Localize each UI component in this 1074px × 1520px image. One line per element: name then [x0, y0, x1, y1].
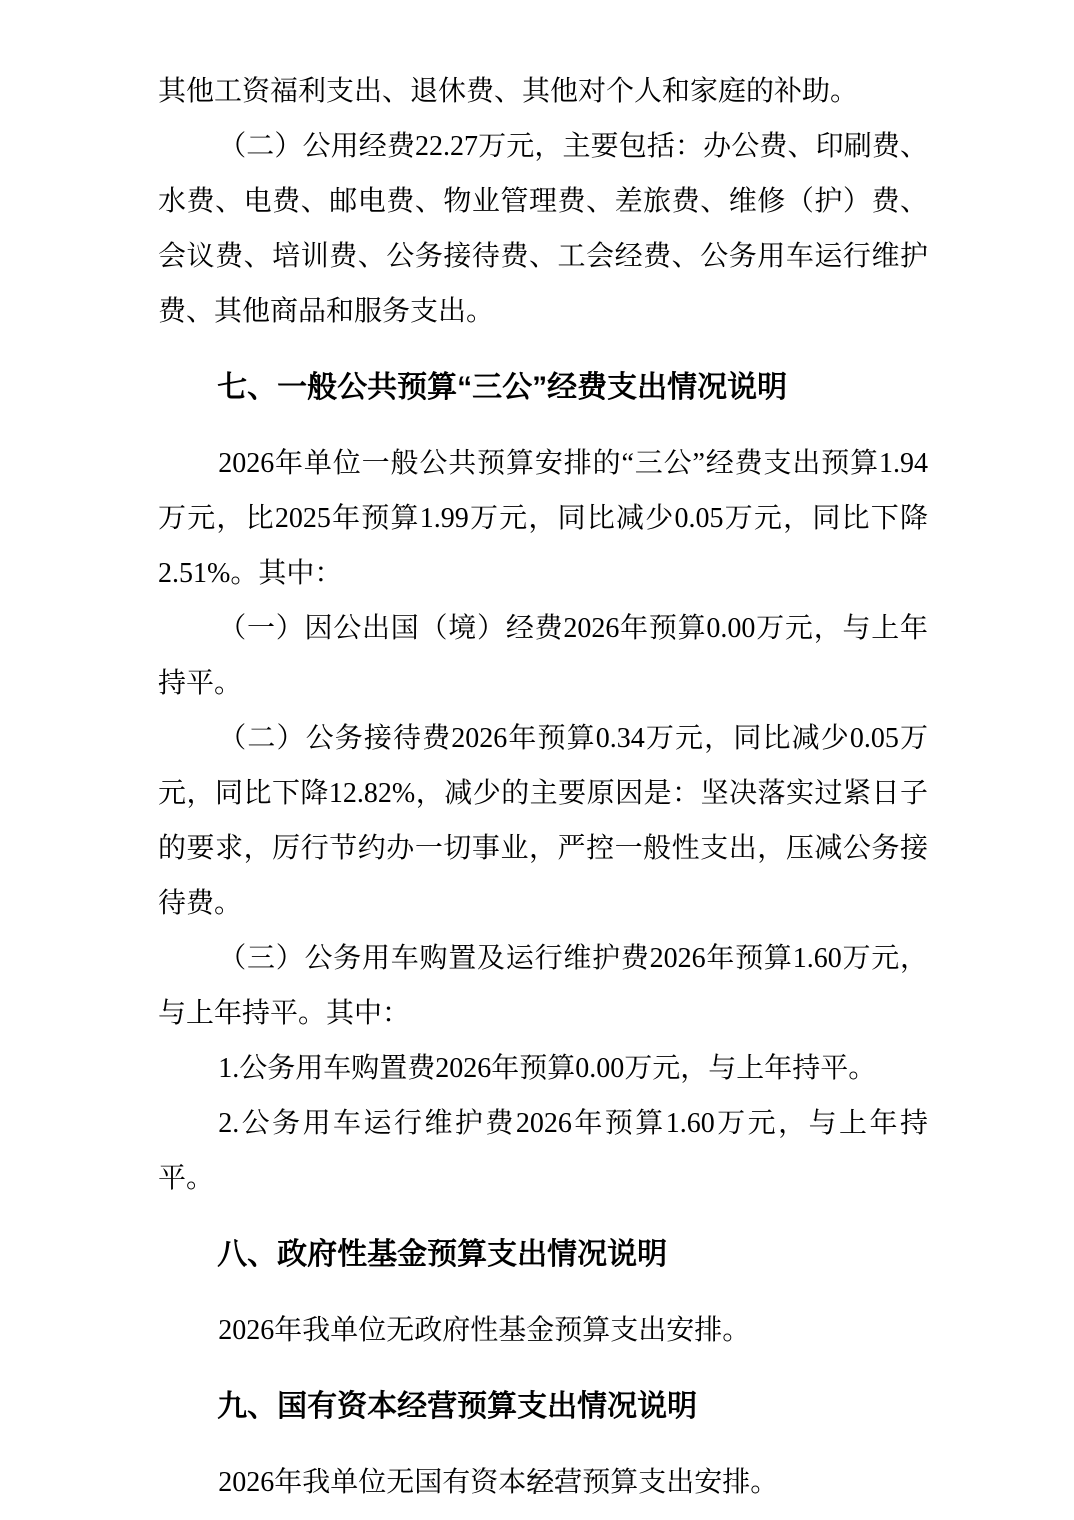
paragraph: 2.公务用车运行维护费2026年预算1.60万元，与上年持平。 [158, 1096, 928, 1206]
document-page: 其他工资福利支出、退休费、其他对个人和家庭的补助。（二）公用经费22.27万元，… [0, 0, 1074, 1520]
paragraph: 其他工资福利支出、退休费、其他对个人和家庭的补助。 [158, 64, 928, 119]
paragraph: 1.公务用车购置费2026年预算0.00万元，与上年持平。 [158, 1041, 928, 1096]
paragraph: （二）公务接待费2026年预算0.34万元，同比减少0.05万元，同比下降12.… [158, 711, 928, 931]
paragraph: （二）公用经费22.27万元，主要包括：办公费、印刷费、水费、电费、邮电费、物业… [158, 119, 928, 339]
paragraph: 2026年单位一般公共预算安排的“三公”经费支出预算1.94万元，比2025年预… [158, 436, 928, 601]
paragraph: 2026年我单位无政府性基金预算支出安排。 [158, 1303, 928, 1358]
paragraph: （一）因公出国（境）经费2026年预算0.00万元，与上年持平。 [158, 601, 928, 711]
section-heading: 九、国有资本经营预算支出情况说明 [158, 1379, 928, 1434]
section-heading: 七、一般公共预算“三公”经费支出情况说明 [158, 360, 928, 415]
document-body: 其他工资福利支出、退休费、其他对个人和家庭的补助。（二）公用经费22.27万元，… [158, 64, 928, 1510]
paragraph: （三）公务用车购置及运行维护费2026年预算1.60万元，与上年持平。其中： [158, 931, 928, 1041]
page-number: - 7 - [0, 1472, 1074, 1501]
section-heading: 八、政府性基金预算支出情况说明 [158, 1227, 928, 1282]
